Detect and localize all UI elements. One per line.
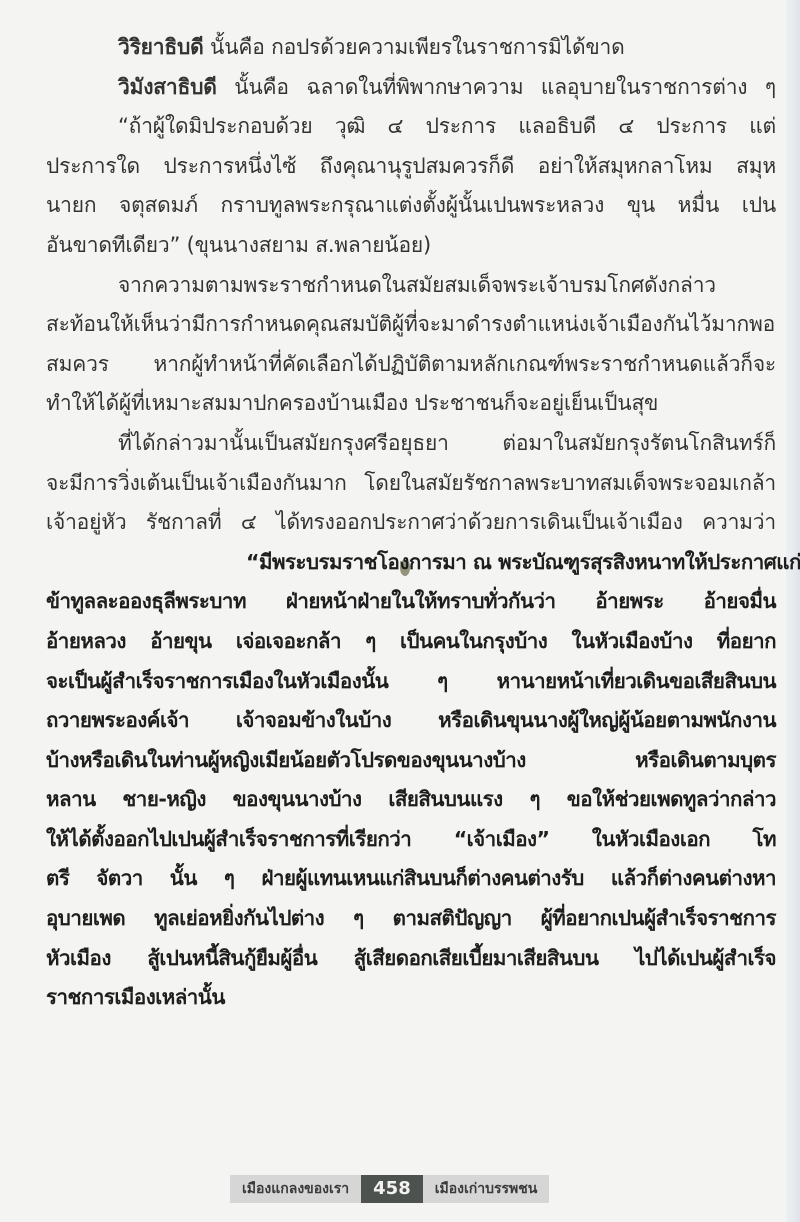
- line-text: ตรี จัตวา นั้น ๆ ฝ่ายผู้แทนเหนแก่สินบนก็…: [46, 866, 776, 890]
- text-line: ประการใด ประการหนึ่งไซ้ ถึงคุณานุรูปสมคว…: [46, 147, 776, 187]
- text-line: ที่ได้กล่าวมานั้นเป็นสมัยกรุงศรีอยุธยา ต…: [46, 424, 776, 464]
- line-text: เจ้าอยู่หัว รัชกาลที่ ๔ ได้ทรงออกประกาศว…: [46, 510, 776, 534]
- line-text: สมควร หากผู้ทำหน้าที่คัดเลือกได้ปฏิบัติต…: [46, 352, 776, 376]
- footer-book-title-right: เมืองเก่าบรรพชน: [423, 1175, 550, 1203]
- line-text: หลาน ชาย-หญิง ของขุนนางบ้าง เสียสินบนแรง…: [46, 787, 776, 811]
- line-text: นายก จตุสดมภ์ กราบทูลพระกรุณาแต่งตั้งผู้…: [46, 193, 776, 217]
- text-line: ราชการเมืองเหล่านั้น: [46, 978, 776, 1018]
- line-text: ทำให้ได้ผู้ที่เหมาะสมมาปกครองบ้านเมือง ป…: [46, 391, 658, 415]
- page-body-text: วิริยาธิบดี นั้นคือ กอปรด้วยความเพียรในร…: [46, 28, 776, 1018]
- line-text: “มีพระบรมราชโองการมา ณ พระบัณฑูรสุรสิงหน…: [246, 550, 800, 574]
- text-line: ถวายพระองค์เจ้า เจ้าจอมข้างในบ้าง หรือเด…: [46, 701, 776, 741]
- line-text: ให้ได้ตั้งออกไปเปนผู้สำเร็จราชการที่เรีย…: [46, 827, 776, 851]
- text-line: นายก จตุสดมภ์ กราบทูลพระกรุณาแต่งตั้งผู้…: [46, 186, 776, 226]
- line-text: ที่ได้กล่าวมานั้นเป็นสมัยกรุงศรีอยุธยา ต…: [118, 431, 776, 455]
- text-line: ทำให้ได้ผู้ที่เหมาะสมมาปกครองบ้านเมือง ป…: [46, 384, 776, 424]
- text-line: อันขาดทีเดียว” (ขุนนางสยาม ส.พลายน้อย): [46, 226, 776, 266]
- footer-page-number: 458: [361, 1175, 423, 1203]
- text-line: บ้างหรือเดินในท่านผู้หญิงเมียน้อยตัวโปรด…: [46, 741, 776, 781]
- text-line: วิริยาธิบดี นั้นคือ กอปรด้วยความเพียรในร…: [46, 28, 776, 68]
- line-text: “ถ้าผู้ใดมิประกอบด้วย วุฒิ ๔ ประการ แลอธ…: [118, 114, 776, 138]
- text-line: จะเป็นผู้สำเร็จราชการเมืองในหัวเมืองนั้น…: [46, 662, 776, 702]
- text-line: วิมังสาธิบดี นั้นคือ ฉลาดในที่พิพากษาควา…: [46, 68, 776, 108]
- text-line: อ้ายหลวง อ้ายขุน เจ่อเจอะกล้า ๆ เป็นคนใน…: [46, 622, 776, 662]
- footer-book-title-left: เมืองแกลงของเรา: [230, 1175, 361, 1203]
- text-line: ให้ได้ตั้งออกไปเปนผู้สำเร็จราชการที่เรีย…: [46, 820, 776, 860]
- defined-term: วิริยาธิบดี: [118, 35, 204, 59]
- text-line: อุบายเพด ทูลเย่อหยิ่งกันไปต่าง ๆ ตามสติป…: [46, 899, 776, 939]
- text-line: จะมีการวิ่งเต้นเป็นเจ้าเมืองกันมาก โดยใน…: [46, 464, 776, 504]
- line-text: อันขาดทีเดียว” (ขุนนางสยาม ส.พลายน้อย): [46, 233, 431, 257]
- text-line: หัวเมือง สู้เปนหนี้สินกู้ยืมผู้อื่น สู้เ…: [46, 939, 776, 979]
- paragraph-quote-royal-proclamation: “มีพระบรมราชโองการมา ณ พระบัณฑูรสุรสิงหน…: [46, 543, 776, 1018]
- text-line: ข้าทูลละอองธุลีพระบาท ฝ่ายหน้าฝ่ายในให้ท…: [46, 582, 776, 622]
- text-line: จากความตามพระราชกำหนดในสมัยสมเด็จพระเจ้า…: [46, 266, 776, 306]
- line-text: บ้างหรือเดินในท่านผู้หญิงเมียน้อยตัวโปรด…: [46, 748, 776, 772]
- line-text: อุบายเพด ทูลเย่อหยิ่งกันไปต่าง ๆ ตามสติป…: [46, 906, 776, 930]
- line-text: นั้นคือ ฉลาดในที่พิพากษาความ แลอุบายในรา…: [217, 75, 776, 99]
- paragraph-para-rattanakosin: ที่ได้กล่าวมานั้นเป็นสมัยกรุงศรีอยุธยา ต…: [46, 424, 776, 543]
- defined-term: วิมังสาธิบดี: [118, 75, 217, 99]
- text-line: สมควร หากผู้ทำหน้าที่คัดเลือกได้ปฏิบัติต…: [46, 345, 776, 385]
- line-text: ราชการเมืองเหล่านั้น: [46, 985, 225, 1009]
- page-edge-shadow: [786, 0, 800, 1222]
- line-text: นั้นคือ กอปรด้วยความเพียรในราชการมิได้ขา…: [204, 35, 625, 59]
- text-line: สะท้อนให้เห็นว่ามีการกำหนดคุณสมบัติผู้ที…: [46, 305, 776, 345]
- text-line: เจ้าอยู่หัว รัชกาลที่ ๔ ได้ทรงออกประกาศว…: [46, 503, 776, 543]
- line-text: จะเป็นผู้สำเร็จราชการเมืองในหัวเมืองนั้น…: [46, 669, 776, 693]
- paragraph-def-viriya: วิริยาธิบดี นั้นคือ กอปรด้วยความเพียรในร…: [46, 28, 776, 68]
- line-text: ถวายพระองค์เจ้า เจ้าจอมข้างในบ้าง หรือเด…: [46, 708, 776, 732]
- line-text: จะมีการวิ่งเต้นเป็นเจ้าเมืองกันมาก โดยใน…: [46, 471, 776, 495]
- text-line: ตรี จัตวา นั้น ๆ ฝ่ายผู้แทนเหนแก่สินบนก็…: [46, 859, 776, 899]
- line-text: ประการใด ประการหนึ่งไซ้ ถึงคุณานุรูปสมคว…: [46, 154, 776, 178]
- line-text: จากความตามพระราชกำหนดในสมัยสมเด็จพระเจ้า…: [118, 273, 716, 297]
- paragraph-para-ayutthaya-law: จากความตามพระราชกำหนดในสมัยสมเด็จพระเจ้า…: [46, 266, 776, 424]
- paragraph-quote-khunnang: “ถ้าผู้ใดมิประกอบด้วย วุฒิ ๔ ประการ แลอธ…: [46, 107, 776, 265]
- text-line: หลาน ชาย-หญิง ของขุนนางบ้าง เสียสินบนแรง…: [46, 780, 776, 820]
- line-text: ข้าทูลละอองธุลีพระบาท ฝ่ายหน้าฝ่ายในให้ท…: [46, 589, 776, 613]
- line-text: หัวเมือง สู้เปนหนี้สินกู้ยืมผู้อื่น สู้เ…: [46, 946, 776, 970]
- page-footer: เมืองแกลงของเรา 458 เมืองเก่าบรรพชน: [230, 1175, 549, 1203]
- line-text: สะท้อนให้เห็นว่ามีการกำหนดคุณสมบัติผู้ที…: [46, 312, 775, 336]
- text-line: “มีพระบรมราชโองการมา ณ พระบัณฑูรสุรสิงหน…: [46, 543, 776, 583]
- line-text: อ้ายหลวง อ้ายขุน เจ่อเจอะกล้า ๆ เป็นคนใน…: [46, 629, 776, 653]
- paragraph-def-wimang: วิมังสาธิบดี นั้นคือ ฉลาดในที่พิพากษาควา…: [46, 68, 776, 108]
- text-line: “ถ้าผู้ใดมิประกอบด้วย วุฒิ ๔ ประการ แลอธ…: [46, 107, 776, 147]
